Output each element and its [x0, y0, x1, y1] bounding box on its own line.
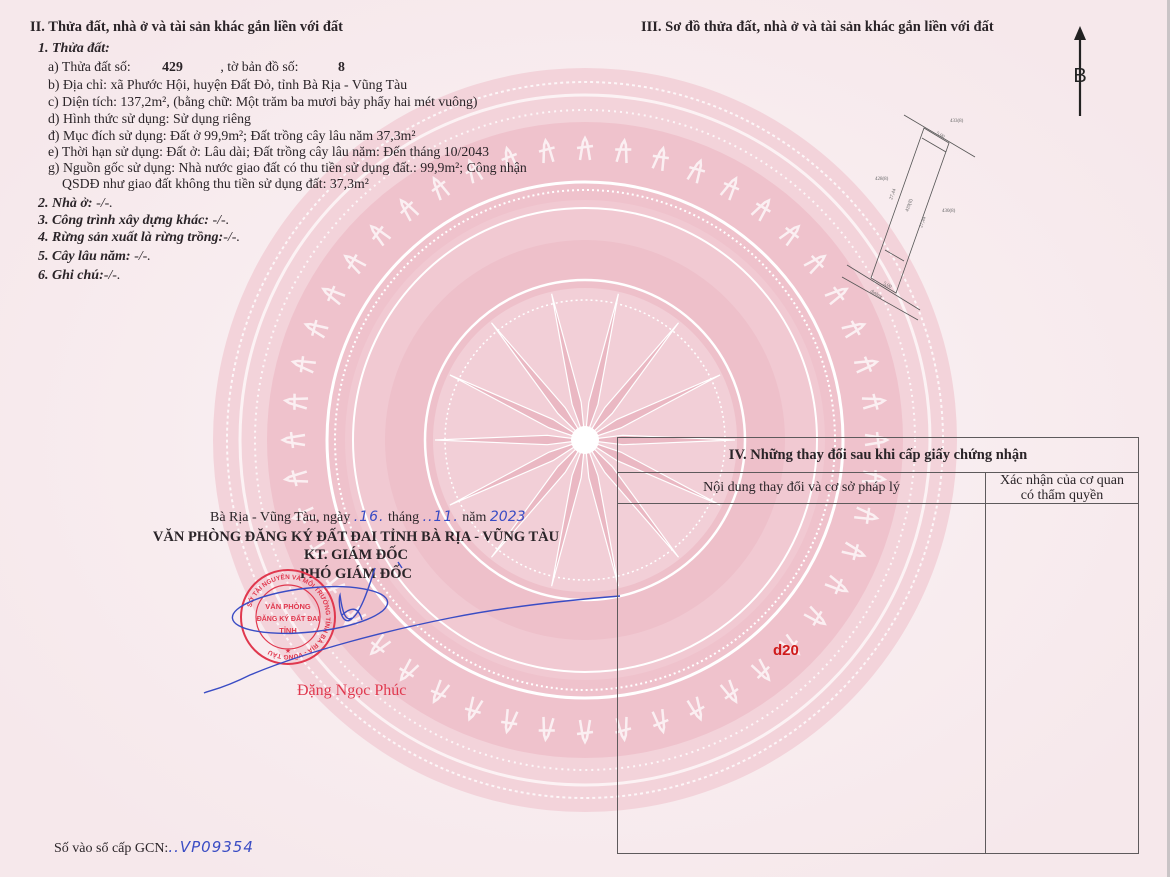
parcel-number: 429	[162, 59, 183, 74]
svg-text:27,44: 27,44	[889, 188, 898, 201]
certificate-registry: Số vào sổ cấp GCN:..VP09354	[54, 838, 254, 857]
authority-confirmation-cell	[986, 504, 1139, 854]
item-value: -/-.	[104, 268, 121, 283]
parcel-label: a) Thửa đất số:	[48, 59, 131, 74]
issue-day: .16.	[354, 509, 385, 525]
item-label: 4. Rừng sản xuất là rừng trồng:	[38, 230, 223, 245]
col2-line2: có thẩm quyền	[986, 488, 1138, 503]
parcel-usage-purpose: đ) Mục đích sử dụng: Đất ở 99,9m²; Đất t…	[48, 128, 416, 144]
registry-label: Số vào sổ cấp GCN:	[54, 841, 168, 856]
item-production-forest: 4. Rừng sản xuất là rừng trồng:-/-.	[38, 230, 240, 246]
item-notes: 6. Ghi chú:-/-.	[38, 268, 120, 284]
item-label: 6. Ghi chú:	[38, 268, 104, 283]
svg-text:430(8): 430(8)	[942, 209, 956, 214]
issue-month: ..11.	[423, 509, 459, 525]
parcel-origin: g) Nguồn gốc sử dụng: Nhà nước giao đất …	[48, 160, 527, 176]
svg-text:433(8): 433(8)	[950, 119, 964, 124]
svg-text:B: B	[1073, 65, 1086, 87]
svg-text:5,00: 5,00	[882, 281, 893, 290]
item-label: 2. Nhà ở:	[38, 196, 93, 211]
section-2-title: II. Thửa đất, nhà ở và tài sản khác gắn …	[30, 19, 343, 36]
item-value: -/-.	[209, 213, 229, 228]
issue-date: Bà Rịa - Vũng Tàu, ngày .16. tháng ..11.…	[150, 509, 562, 526]
item-house: 2. Nhà ở: -/-.	[38, 196, 113, 212]
col-authority-confirmation: Xác nhận của cơ quan có thẩm quyền	[986, 473, 1139, 504]
north-arrow-icon: B	[1068, 26, 1092, 118]
item-label: 5. Cây lâu năm:	[38, 249, 131, 264]
section-3-title: III. Sơ đồ thửa đất, nhà ở và tài sản kh…	[641, 19, 994, 36]
parcel-diagram: 433(8) 428(8) 430(8) 5,00 5,00 27,44 27,…	[840, 100, 1000, 330]
section-4-title: IV. Những thay đổi sau khi cấp giấy chứn…	[618, 438, 1139, 473]
svg-text:27,44: 27,44	[919, 216, 928, 229]
map-sheet-number: 8	[338, 59, 345, 74]
item-value: -/-.	[223, 230, 240, 245]
parcel-heading: 1. Thửa đất:	[38, 41, 110, 57]
svg-text:428(8): 428(8)	[875, 177, 889, 182]
annotation-code: d20	[773, 642, 799, 659]
year-label: năm	[462, 510, 486, 525]
col-change-content: Nội dung thay đổi và cơ sở pháp lý	[618, 473, 986, 504]
item-other-construction: 3. Công trình xây dựng khác: -/-.	[38, 213, 229, 229]
item-perennial-trees: 5. Cây lâu năm: -/-.	[38, 249, 151, 265]
issue-year: 2023	[490, 509, 526, 525]
item-label: 3. Công trình xây dựng khác:	[38, 213, 209, 228]
parcel-origin-cont: QSDĐ như giao đất không thu tiền sử dụng…	[62, 176, 369, 192]
parcel-usage-term: e) Thời hạn sử dụng: Đất ở: Lâu dài; Đất…	[48, 144, 489, 160]
registry-number: ..VP09354	[168, 838, 254, 856]
map-sheet-label: , tờ bản đồ số:	[220, 59, 298, 74]
parcel-number-line: a) Thửa đất số: 429 , tờ bản đồ số: 8	[48, 59, 345, 75]
parcel-usage-form: d) Hình thức sử dụng: Sử dụng riêng	[48, 111, 251, 127]
item-value: -/-.	[131, 249, 151, 264]
changes-table: IV. Những thay đổi sau khi cấp giấy chứn…	[617, 437, 1139, 854]
col2-line1: Xác nhận của cơ quan	[986, 473, 1138, 488]
change-content-cell: d20	[618, 504, 986, 854]
signer-name: Đặng Ngọc Phúc	[297, 682, 406, 700]
issuing-office: VĂN PHÒNG ĐĂNG KÝ ĐẤT ĐAI TỈNH BÀ RỊA - …	[150, 528, 562, 546]
svg-text:429(8): 429(8)	[905, 198, 914, 213]
month-label: tháng	[388, 510, 419, 525]
parcel-area: c) Diện tích: 137,2m², (bằng chữ: Một tr…	[48, 94, 477, 110]
parcel-address: b) Địa chỉ: xã Phước Hội, huyện Đất Đỏ, …	[48, 77, 407, 93]
handwritten-signature	[190, 560, 630, 700]
item-value: -/-.	[93, 196, 113, 211]
issue-place: Bà Rịa - Vũng Tàu, ngày	[210, 510, 350, 525]
